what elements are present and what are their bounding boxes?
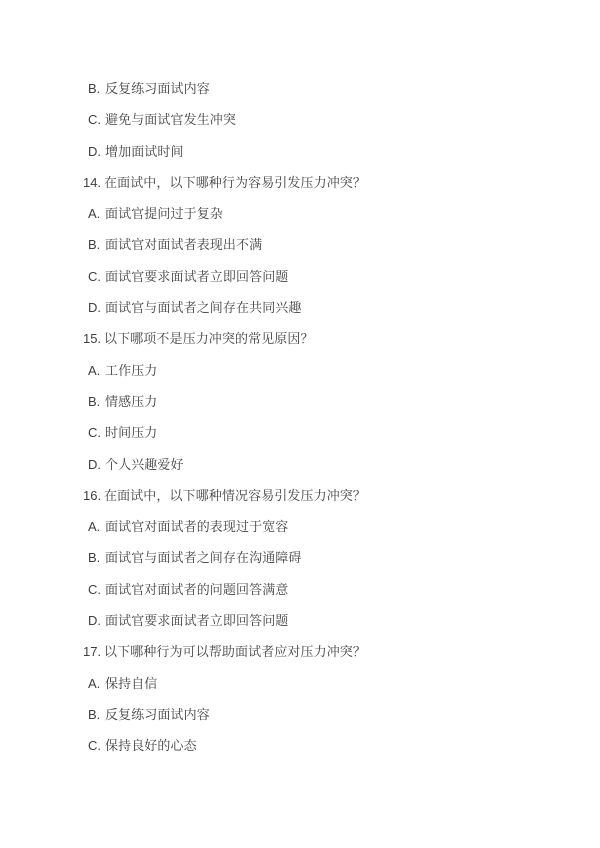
option-text: 面试官对面试者表现出不满 <box>105 237 262 253</box>
option-letter: C. <box>88 425 105 441</box>
option-letter: C. <box>88 269 105 285</box>
option-line: B. 反复练习面试内容 <box>0 81 600 97</box>
option-text: 面试官要求面试者立即回答问题 <box>105 269 288 285</box>
option-text: 面试官与面试者之间存在沟通障碍 <box>105 550 302 566</box>
option-letter: B. <box>88 394 105 410</box>
option-line: A. 工作压力 <box>0 363 600 379</box>
question-line: 17. 以下哪种行为可以帮助面试者应对压力冲突？ <box>0 644 600 660</box>
option-line: D. 面试官要求面试者立即回答问题 <box>0 613 600 629</box>
option-text: 个人兴趣爱好 <box>105 457 184 473</box>
option-line: A. 面试官提问过于复杂 <box>0 206 600 222</box>
question-line: 16. 在面试中，以下哪种情况容易引发压力冲突？ <box>0 488 600 504</box>
option-line: D. 个人兴趣爱好 <box>0 457 600 473</box>
option-letter: C. <box>88 112 105 128</box>
option-text: 反复练习面试内容 <box>105 707 210 723</box>
option-line: A. 面试官对面试者的表现过于宽容 <box>0 519 600 535</box>
option-text: 时间压力 <box>105 425 157 441</box>
option-letter: D. <box>88 613 105 629</box>
option-letter: A. <box>88 363 105 379</box>
option-letter: C. <box>88 582 105 598</box>
option-letter: D. <box>88 300 105 316</box>
option-letter: D. <box>88 457 105 473</box>
option-line: C. 面试官对面试者的问题回答满意 <box>0 582 600 598</box>
option-text: 面试官对面试者的问题回答满意 <box>105 582 288 598</box>
option-line: C. 面试官要求面试者立即回答问题 <box>0 269 600 285</box>
question-text: 以下哪种行为可以帮助面试者应对压力冲突？ <box>104 644 366 660</box>
option-line: C. 避免与面试官发生冲突 <box>0 112 600 128</box>
option-letter: A. <box>88 676 105 692</box>
question-number: 14. <box>83 175 104 191</box>
option-text: 工作压力 <box>105 363 157 379</box>
option-line: C. 时间压力 <box>0 425 600 441</box>
question-text: 在面试中，以下哪种行为容易引发压力冲突？ <box>104 175 366 191</box>
option-line: B. 面试官与面试者之间存在沟通障碍 <box>0 550 600 566</box>
question-line: 15. 以下哪项不是压力冲突的常见原因？ <box>0 331 600 347</box>
option-text: 面试官对面试者的表现过于宽容 <box>105 519 288 535</box>
option-text: 面试官要求面试者立即回答问题 <box>105 613 288 629</box>
question-number: 16. <box>83 488 104 504</box>
option-text: 避免与面试官发生冲突 <box>105 112 236 128</box>
option-line: B. 情感压力 <box>0 394 600 410</box>
option-letter: A. <box>88 519 105 535</box>
option-text: 增加面试时间 <box>105 144 184 160</box>
option-line: D. 面试官与面试者之间存在共同兴趣 <box>0 300 600 316</box>
question-number: 17. <box>83 644 104 660</box>
option-text: 保持自信 <box>105 676 157 692</box>
option-text: 反复练习面试内容 <box>105 81 210 97</box>
option-text: 面试官与面试者之间存在共同兴趣 <box>105 300 302 316</box>
question-text: 以下哪项不是压力冲突的常见原因？ <box>104 331 314 347</box>
question-number: 15. <box>83 331 104 347</box>
option-text: 情感压力 <box>105 394 157 410</box>
option-letter: B. <box>88 550 105 566</box>
option-line: B. 反复练习面试内容 <box>0 707 600 723</box>
option-text: 保持良好的心态 <box>105 738 197 754</box>
question-text: 在面试中，以下哪种情况容易引发压力冲突？ <box>104 488 366 504</box>
option-letter: B. <box>88 81 105 97</box>
option-line: B. 面试官对面试者表现出不满 <box>0 237 600 253</box>
option-text: 面试官提问过于复杂 <box>105 206 223 222</box>
option-line: A. 保持自信 <box>0 676 600 692</box>
option-line: D. 增加面试时间 <box>0 144 600 160</box>
document-page: B. 反复练习面试内容 C. 避免与面试官发生冲突 D. 增加面试时间 14. … <box>0 0 600 848</box>
option-letter: B. <box>88 237 105 253</box>
question-line: 14. 在面试中，以下哪种行为容易引发压力冲突？ <box>0 175 600 191</box>
option-letter: B. <box>88 707 105 723</box>
option-letter: C. <box>88 738 105 754</box>
option-line: C. 保持良好的心态 <box>0 738 600 754</box>
option-letter: A. <box>88 206 105 222</box>
option-letter: D. <box>88 144 105 160</box>
